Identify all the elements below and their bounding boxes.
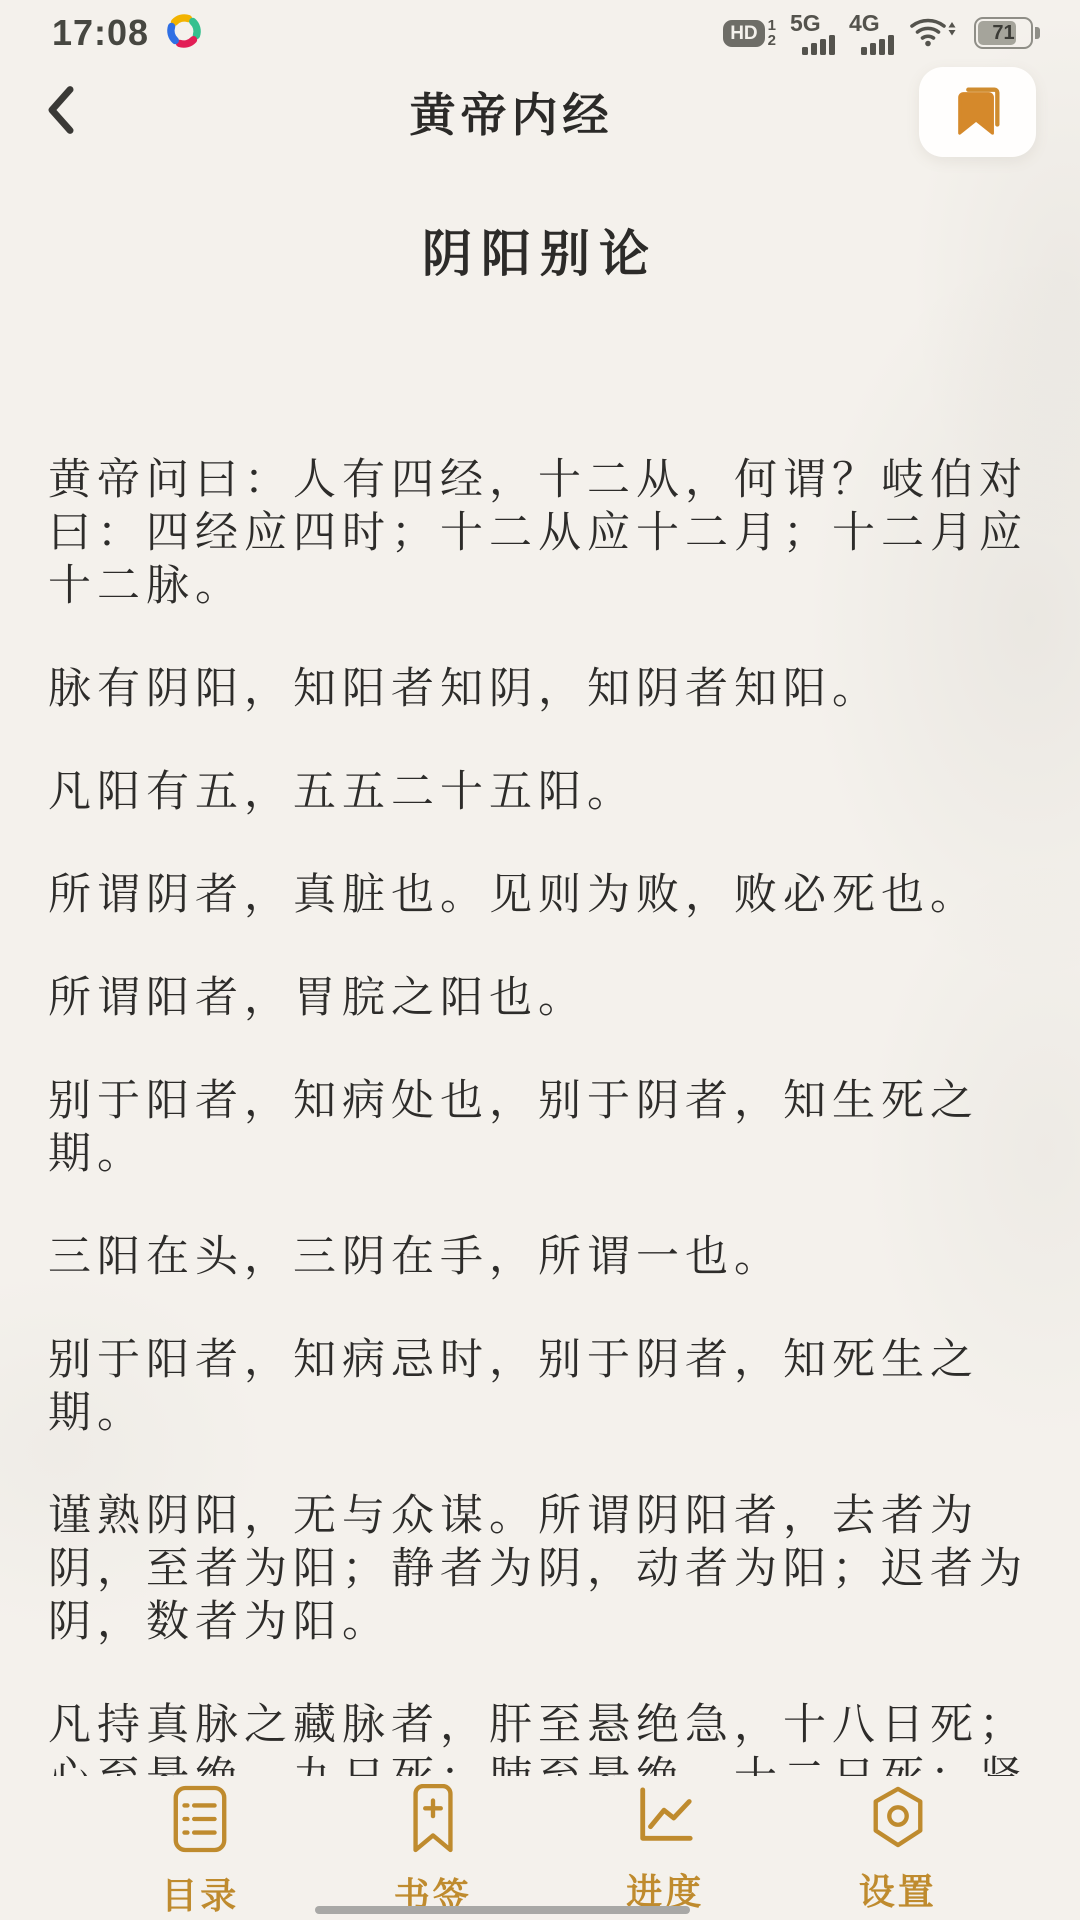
paragraph: 别于阳者，知病处也，别于阴者，知生死之期。 bbox=[48, 1075, 1032, 1181]
hd-call-badge: HD 1 2 bbox=[723, 18, 776, 48]
paragraph: 脉有阴阳，知阳者知阴，知阴者知阳。 bbox=[48, 663, 1032, 716]
settings-icon bbox=[867, 1784, 929, 1850]
nav-item-bookmarks[interactable]: 书签 bbox=[317, 1784, 550, 1920]
signal-bars-icon bbox=[802, 35, 835, 55]
bookmark-button[interactable] bbox=[919, 67, 1036, 157]
table-of-contents-icon bbox=[169, 1784, 231, 1854]
chapter-title: 阴阳别论 bbox=[0, 220, 1080, 288]
progress-chart-icon bbox=[634, 1784, 696, 1850]
nav-item-settings[interactable]: 设置 bbox=[782, 1784, 1015, 1920]
paragraph: 所谓阴者，真脏也。见则为败，败必死也。 bbox=[48, 869, 1032, 922]
status-bar: 17:08 HD 1 2 5G bbox=[0, 0, 1080, 56]
paragraph: 凡阳有五，五五二十五阳。 bbox=[48, 766, 1032, 819]
chapter-text: 黄帝问曰：人有四经，十二从，何谓？岐伯对曰：四经应四时；十二从应十二月；十二月应… bbox=[0, 454, 1080, 1805]
reader-header: 黄帝内经 bbox=[0, 56, 1080, 168]
sim1-indicator: 1 bbox=[768, 18, 776, 33]
signal-bars-icon bbox=[861, 35, 894, 55]
chevron-left-icon bbox=[44, 85, 78, 140]
nav-item-progress[interactable]: 进度 bbox=[549, 1784, 782, 1920]
clock: 17:08 bbox=[52, 12, 149, 54]
home-indicator[interactable] bbox=[315, 1906, 690, 1914]
bookmark-add-icon bbox=[402, 1784, 464, 1854]
bookmarks-icon bbox=[949, 81, 1007, 144]
wifi-icon bbox=[908, 14, 958, 53]
paragraph: 谨熟阴阳，无与众谋。所谓阴阳者，去者为阴，至者为阳；静者为阴，动者为阳；迟者为阴… bbox=[48, 1490, 1032, 1649]
battery-indicator: 71 bbox=[974, 17, 1040, 49]
paragraph: 所谓阳者，胃脘之阳也。 bbox=[48, 972, 1032, 1025]
paragraph: 三阳在头，三阴在手，所谓一也。 bbox=[48, 1231, 1032, 1284]
nav-label: 目录 bbox=[161, 1868, 239, 1919]
sim2-indicator: 2 bbox=[768, 33, 776, 48]
back-button[interactable] bbox=[44, 77, 104, 147]
paragraph: 别于阳者，知病忌时，别于阴者，知死生之期。 bbox=[48, 1334, 1032, 1440]
reader-screen: 17:08 HD 1 2 5G bbox=[0, 0, 1080, 1920]
signal-sim1: 5G bbox=[790, 12, 835, 55]
battery-percent: 71 bbox=[974, 17, 1033, 49]
pinwheel-app-icon bbox=[165, 12, 203, 55]
nav-label: 设置 bbox=[859, 1864, 937, 1915]
signal-sim2: 4G bbox=[849, 12, 894, 55]
bottom-nav: 目录 书签 进度 bbox=[0, 1776, 1080, 1920]
book-title: 黄帝内经 bbox=[104, 79, 919, 145]
paragraph: 黄帝问曰：人有四经，十二从，何谓？岐伯对曰：四经应四时；十二从应十二月；十二月应… bbox=[48, 454, 1032, 613]
nav-item-toc[interactable]: 目录 bbox=[84, 1784, 317, 1920]
